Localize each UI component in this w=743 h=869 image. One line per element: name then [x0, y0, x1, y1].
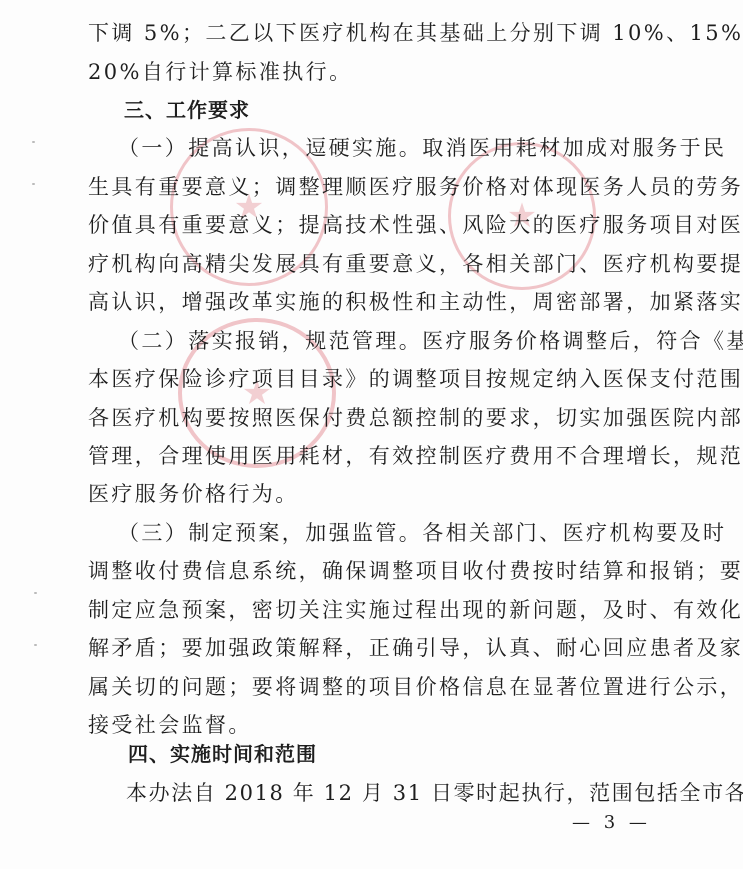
section-heading-work-requirements: 三、工作要求 [124, 97, 250, 123]
document-page: ★ ★ ★ 下调 5%；二乙以下医疗机构在其基础上分别下调 10%、15%、 2… [0, 0, 743, 869]
body-text-line: 各医疗机构要按照医保付费总额控制的要求，切实加强医院内部 [88, 405, 743, 431]
body-text-line: 下调 5%；二乙以下医疗机构在其基础上分别下调 10%、15%、 [88, 20, 743, 46]
body-text-line: （三）制定预案，加强监管。各相关部门、医疗机构要及时 [118, 520, 726, 546]
scan-speck [34, 592, 37, 594]
body-text-line: 解矛盾；要加强政策解释，正确引导，认真、耐心回应患者及家 [88, 635, 743, 661]
page-number: — 3 — [572, 812, 651, 833]
body-text-line: 接受社会监督。 [88, 712, 252, 738]
section-heading-implementation-time: 四、实施时间和范围 [128, 741, 317, 767]
body-text-line: 价值具有重要意义；提高技术性强、风险大的医疗服务项目对医 [88, 212, 743, 238]
body-text-line: （二）落实报销，规范管理。医疗服务价格调整后，符合《基 [118, 328, 743, 354]
body-text-line: 本办法自 2018 年 12 月 31 日零时起执行，范围包括全市各 [126, 780, 743, 806]
body-text-line: 20%自行计算标准执行。 [88, 59, 352, 85]
body-text-line: 疗机构向高精尖发展具有重要意义，各相关部门、医疗机构要提 [88, 251, 743, 277]
body-text-line: 制定应急预案，密切关注实施过程出现的新问题，及时、有效化 [88, 597, 743, 623]
body-text-line: 本医疗保险诊疗项目目录》的调整项目按规定纳入医保支付范围。 [88, 366, 743, 392]
scan-speck [34, 644, 37, 646]
body-text-line: 医疗服务价格行为。 [88, 481, 299, 507]
body-text-line: 管理，合理使用医用耗材，有效控制医疗费用不合理增长，规范 [88, 443, 743, 469]
body-text-line: （一）提高认识，逗硬实施。取消医用耗材加成对服务于民 [118, 135, 726, 161]
scan-speck [32, 183, 35, 185]
scan-speck [32, 141, 35, 143]
body-text-line: 高认识，增强改革实施的积极性和主动性，周密部署，加紧落实。 [88, 289, 743, 315]
body-text-line: 属关切的问题；要将调整的项目价格信息在显著位置进行公示， [88, 674, 743, 700]
body-text-line: 调整收付费信息系统，确保调整项目收付费按时结算和报销；要 [88, 558, 743, 584]
body-text-line: 生具有重要意义；调整理顺医疗服务价格对体现医务人员的劳务 [88, 174, 743, 200]
